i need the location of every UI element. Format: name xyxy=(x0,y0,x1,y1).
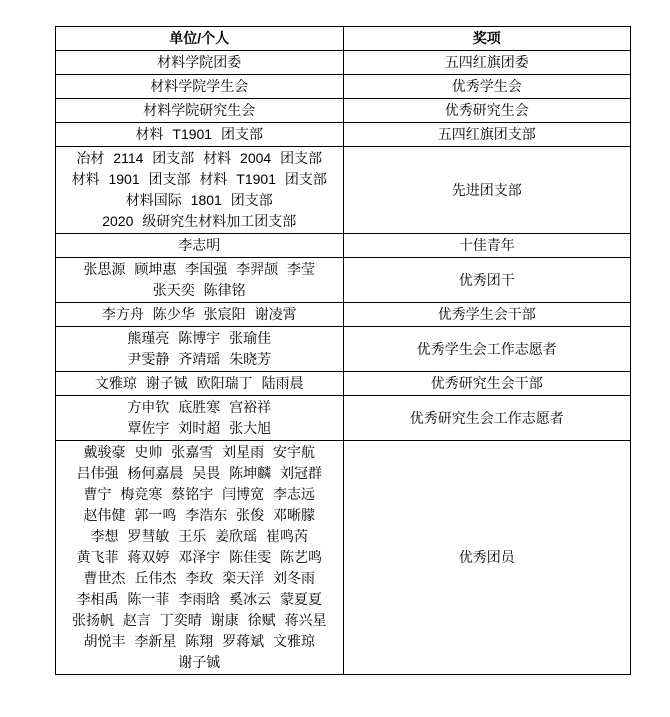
unit-line: 材料学院学生会 xyxy=(60,76,339,97)
award-cell: 优秀研究生会工作志愿者 xyxy=(343,396,631,441)
table-row: 材料 T1901 团支部五四红旗团支部 xyxy=(56,123,631,147)
unit-cell: 材料 T1901 团支部 xyxy=(56,123,344,147)
unit-cell: 李方舟 陈少华 张宸阳 谢凌霄 xyxy=(56,303,344,327)
table-body: 材料学院团委五四红旗团委材料学院学生会优秀学生会材料学院研究生会优秀研究生会材料… xyxy=(56,51,631,675)
unit-line: 尹雯静 齐靖瑶 朱晓芳 xyxy=(60,349,339,370)
awards-table: 单位/个人 奖项 材料学院团委五四红旗团委材料学院学生会优秀学生会材料学院研究生… xyxy=(55,26,631,675)
unit-line: 2020 级研究生材料加工团支部 xyxy=(60,211,339,232)
unit-line: 材料国际 1801 团支部 xyxy=(60,190,339,211)
award-cell: 五四红旗团支部 xyxy=(343,123,631,147)
unit-cell: 熊瑾亮 陈博宇 张瑜佳尹雯静 齐靖瑶 朱晓芳 xyxy=(56,327,344,372)
award-cell: 优秀团员 xyxy=(343,441,631,675)
award-cell: 先进团支部 xyxy=(343,147,631,234)
table-row: 材料学院学生会优秀学生会 xyxy=(56,75,631,99)
award-cell: 优秀研究生会干部 xyxy=(343,372,631,396)
unit-line: 李志明 xyxy=(60,235,339,256)
unit-line: 李相禹 陈一菲 李雨晗 奚冰云 蒙夏夏 xyxy=(60,589,339,610)
unit-cell: 材料学院学生会 xyxy=(56,75,344,99)
unit-line: 张扬帆 赵言 丁奕晴 谢康 徐赋 蒋兴星 xyxy=(60,610,339,631)
unit-cell: 李志明 xyxy=(56,234,344,258)
unit-cell: 材料学院团委 xyxy=(56,51,344,75)
unit-line: 材料 1901 团支部 材料 T1901 团支部 xyxy=(60,169,339,190)
document-page: 单位/个人 奖项 材料学院团委五四红旗团委材料学院学生会优秀学生会材料学院研究生… xyxy=(0,0,670,717)
unit-cell: 方申钦 底胜寒 宫裕祥覃佐宇 刘时超 张大旭 xyxy=(56,396,344,441)
table-row: 材料学院团委五四红旗团委 xyxy=(56,51,631,75)
award-cell: 优秀学生会干部 xyxy=(343,303,631,327)
unit-line: 曹宁 梅竞寒 蔡铭宇 闫博宽 李志远 xyxy=(60,484,339,505)
table-row: 熊瑾亮 陈博宇 张瑜佳尹雯静 齐靖瑶 朱晓芳优秀学生会工作志愿者 xyxy=(56,327,631,372)
unit-line: 文雅琼 谢子铖 欧阳瑞丁 陆雨晨 xyxy=(60,373,339,394)
unit-line: 覃佐宇 刘时超 张大旭 xyxy=(60,418,339,439)
unit-cell: 戴骏豪 史帅 张嘉雪 刘星雨 安宇航吕伟强 杨何嘉晨 吴畏 陈坤麟 刘冠群曹宁 … xyxy=(56,441,344,675)
unit-line: 方申钦 底胜寒 宫裕祥 xyxy=(60,397,339,418)
unit-line: 赵伟健 郭一鸣 李浩东 张俊 邓晰朦 xyxy=(60,505,339,526)
table-row: 冶材 2114 团支部 材料 2004 团支部材料 1901 团支部 材料 T1… xyxy=(56,147,631,234)
table-row: 材料学院研究生会优秀研究生会 xyxy=(56,99,631,123)
award-cell: 优秀学生会工作志愿者 xyxy=(343,327,631,372)
award-cell: 优秀团干 xyxy=(343,258,631,303)
header-award: 奖项 xyxy=(343,27,631,51)
unit-line: 材料学院研究生会 xyxy=(60,100,339,121)
table-row: 李志明十佳青年 xyxy=(56,234,631,258)
unit-line: 吕伟强 杨何嘉晨 吴畏 陈坤麟 刘冠群 xyxy=(60,463,339,484)
award-cell: 五四红旗团委 xyxy=(343,51,631,75)
award-cell: 优秀学生会 xyxy=(343,75,631,99)
table-row: 戴骏豪 史帅 张嘉雪 刘星雨 安宇航吕伟强 杨何嘉晨 吴畏 陈坤麟 刘冠群曹宁 … xyxy=(56,441,631,675)
award-cell: 优秀研究生会 xyxy=(343,99,631,123)
unit-line: 黄飞菲 蒋双婷 邓泽宇 陈佳雯 陈艺鸣 xyxy=(60,547,339,568)
unit-line: 张天奕 陈律铭 xyxy=(60,280,339,301)
table-row: 李方舟 陈少华 张宸阳 谢凌霄优秀学生会干部 xyxy=(56,303,631,327)
table-row: 方申钦 底胜寒 宫裕祥覃佐宇 刘时超 张大旭优秀研究生会工作志愿者 xyxy=(56,396,631,441)
table-row: 张思源 顾坤惠 李国强 李羿颉 李莹张天奕 陈律铭优秀团干 xyxy=(56,258,631,303)
unit-line: 戴骏豪 史帅 张嘉雪 刘星雨 安宇航 xyxy=(60,442,339,463)
unit-cell: 材料学院研究生会 xyxy=(56,99,344,123)
table-row: 文雅琼 谢子铖 欧阳瑞丁 陆雨晨优秀研究生会干部 xyxy=(56,372,631,396)
unit-cell: 文雅琼 谢子铖 欧阳瑞丁 陆雨晨 xyxy=(56,372,344,396)
unit-line: 李方舟 陈少华 张宸阳 谢凌霄 xyxy=(60,304,339,325)
award-cell: 十佳青年 xyxy=(343,234,631,258)
unit-cell: 张思源 顾坤惠 李国强 李羿颉 李莹张天奕 陈律铭 xyxy=(56,258,344,303)
unit-line: 胡悦丰 李新星 陈翔 罗蒋斌 文雅琼 xyxy=(60,631,339,652)
unit-line: 材料 T1901 团支部 xyxy=(60,124,339,145)
header-unit: 单位/个人 xyxy=(56,27,344,51)
unit-line: 曹世杰 丘伟杰 李玫 栾天洋 刘冬雨 xyxy=(60,568,339,589)
unit-line: 熊瑾亮 陈博宇 张瑜佳 xyxy=(60,328,339,349)
unit-cell: 冶材 2114 团支部 材料 2004 团支部材料 1901 团支部 材料 T1… xyxy=(56,147,344,234)
unit-line: 材料学院团委 xyxy=(60,52,339,73)
unit-line: 张思源 顾坤惠 李国强 李羿颉 李莹 xyxy=(60,259,339,280)
unit-line: 李想 罗彗敏 王乐 姜欣瑶 崔鸣芮 xyxy=(60,526,339,547)
header-row: 单位/个人 奖项 xyxy=(56,27,631,51)
unit-line: 谢子铖 xyxy=(60,652,339,673)
unit-line: 冶材 2114 团支部 材料 2004 团支部 xyxy=(60,148,339,169)
